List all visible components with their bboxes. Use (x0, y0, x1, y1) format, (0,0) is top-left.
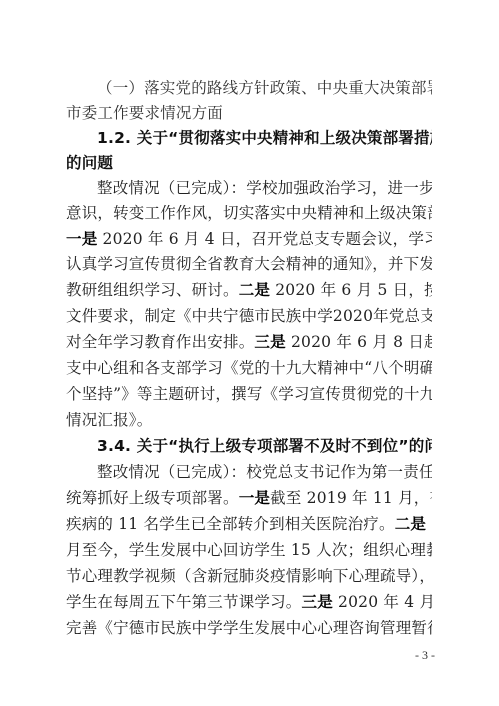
paragraph-line: 统筹抓好上级专项部署。一是截至 2019 年 11 月，有严重心理 (66, 487, 432, 509)
paragraph-line: 对全年学习教育作出安排。三是 2020 年 6 月 8 日起，组织党总 (66, 331, 432, 353)
paragraph-line: 整改情况（已完成）：学校加强政治学习，进一步强化大局 (97, 177, 432, 199)
item-1-2-heading-line-2: 的问题 (66, 152, 432, 174)
paragraph-line: 情况汇报》。 (66, 409, 432, 431)
section-title-line-2: 市委工作要求情况方面 (66, 102, 432, 124)
paragraph-line: 完善《宁德市民族中学学生发展中心心理咨询管理暂行办法》， (66, 617, 432, 639)
paragraph-line: 意识，转变工作作风，切实落实中央精神和上级决策部署措施。 (66, 202, 432, 224)
emphasis: 一是 (239, 488, 270, 507)
paragraph-line: 整改情况（已完成）：校党总支书记作为第一责任人责任， (97, 461, 432, 483)
paragraph-line: 认真学习宣传贯彻全省教育大会精神的通知》，并下发材料由各 (66, 253, 432, 275)
paragraph-line: 支中心组和各支部学习《党的十九大精神中“八个明确”“十四 (66, 357, 432, 379)
paragraph-line: 学生在每周五下午第三节课学习。三是 2020 年 4 月 3 日，制定 (66, 591, 432, 613)
paragraph-line: 一是 2020 年 6 月 4 日，召开党总支专题会议，学习部署《关于 (66, 228, 432, 250)
item-1-2-heading-line-1: 1.2. 关于“贯彻落实中央精神和上级决策部署措施不实” (97, 127, 432, 149)
document-page: （一）落实党的路线方针政策、中央重大决策部署和省委、 市委工作要求情况方面 1.… (0, 0, 499, 706)
page-number: - 3 - (415, 648, 435, 663)
emphasis: 二是 (395, 514, 426, 533)
paragraph-line: 月至今，学生发展中心回访学生 15 人次；组织心理教师录制 9 (66, 539, 432, 561)
emphasis: 二是 (239, 280, 270, 299)
section-title-line-1: （一）落实党的路线方针政策、中央重大决策部署和省委、 (97, 77, 432, 99)
item-3-4-heading: 3.4. 关于“执行上级专项部署不及时不到位”的问题 (97, 435, 432, 457)
emphasis: 一是 (66, 229, 97, 248)
paragraph-line: 节心理教学视频（含新冠肺炎疫情影响下心理疏导），组织全校 (66, 565, 432, 587)
paragraph-line: 个坚持”》等主题研讨，撰写《学习宣传贯彻党的十九大精神的 (66, 383, 432, 405)
emphasis: 三是 (302, 592, 333, 611)
paragraph-line: 文件要求，制定《中共宁德市民族中学2020年党总支工作计划》， (66, 305, 432, 327)
paragraph-line: 教研组组织学习、研讨。二是 2020 年 6 月 5 日，按照市教工委 (66, 279, 432, 301)
paragraph-line: 疾病的 11 名学生已全部转介到相关医院治疗。二是 2020 年 3 (66, 513, 432, 535)
emphasis: 三是 (254, 332, 285, 351)
